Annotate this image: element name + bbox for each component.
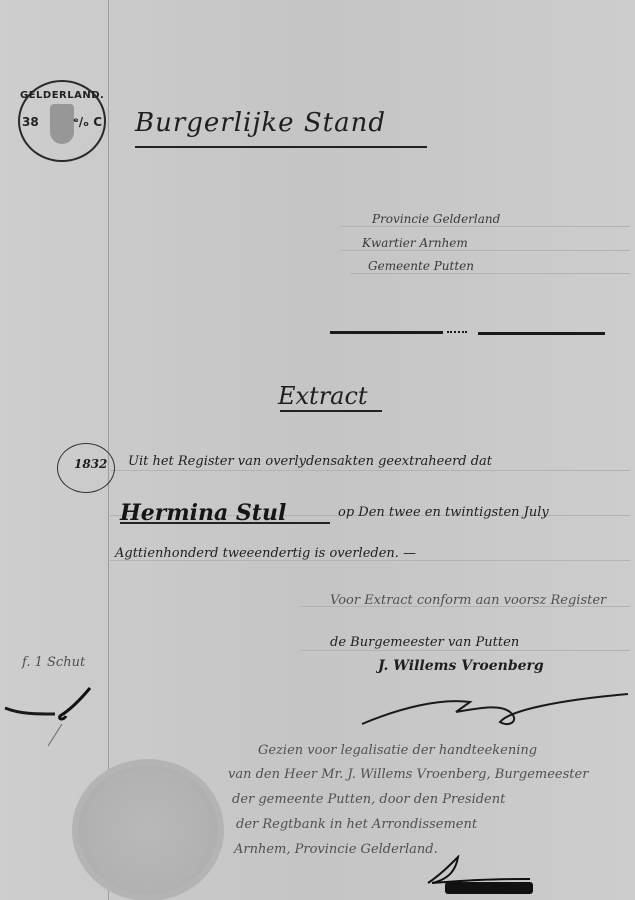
body-line-2: op Den twee en twintigsten July [338, 505, 549, 520]
extract-underline [280, 410, 382, 412]
stamp-province-text: GELDERLAND. [20, 90, 104, 101]
body-line-4: Voor Extract conform aan voorsz Register [330, 593, 606, 608]
signature-ink-blot [445, 882, 533, 894]
legalization-line-4: der Regtbank in het Arrondissement [236, 817, 477, 832]
document-title: Burgerlijke Stand [135, 108, 386, 138]
document-page: GELDERLAND. 38 ᵉ/ₒ C Burgerlijke Stand P… [0, 0, 635, 900]
ruled-line [300, 650, 630, 651]
stamp-value: 38 [22, 115, 39, 129]
margin-note: f. 1 Schut [22, 655, 85, 670]
separator-line [330, 331, 443, 334]
legalization-line-3: der gemeente Putten, door den President [232, 792, 505, 807]
legalization-line-5: Arnhem, Provincie Gelderland. [234, 842, 438, 857]
revenue-stamp: GELDERLAND. 38 ᵉ/ₒ C [18, 80, 106, 162]
margin-year: 1832 [74, 457, 107, 471]
mayor-signature: J. Willems Vroenberg [378, 658, 544, 674]
municipality-label: Gemeente Putten [368, 259, 474, 273]
ruled-line [350, 273, 630, 274]
extract-heading: Extract [278, 382, 368, 410]
embossed-seal [78, 765, 218, 895]
body-line-1: Uit het Register van overlydensakten gee… [128, 454, 492, 469]
ruled-line [110, 470, 630, 471]
stamp-unit: ᵉ/ₒ C [73, 115, 102, 129]
coat-of-arms-icon [50, 104, 74, 144]
body-line-3: Agttienhonderd tweeendertig is overleden… [115, 546, 416, 561]
separator-line [478, 332, 605, 335]
quarter-label: Kwartier Arnhem [362, 236, 468, 250]
margin-line [108, 0, 109, 900]
title-underline [135, 146, 427, 148]
signature-flourish [360, 690, 630, 730]
ruled-line [340, 226, 630, 227]
legalization-line-1: Gezien voor legalisatie der handteekenin… [258, 743, 537, 758]
separator-ornament [447, 331, 467, 335]
ruled-line [340, 250, 630, 251]
name-underline [120, 522, 330, 524]
margin-fee-mark [0, 680, 110, 750]
province-label: Provincie Gelderland [372, 212, 500, 226]
body-line-5: de Burgemeester van Putten [330, 635, 519, 650]
legalization-line-2: van den Heer Mr. J. Willems Vroenberg, B… [228, 767, 588, 782]
